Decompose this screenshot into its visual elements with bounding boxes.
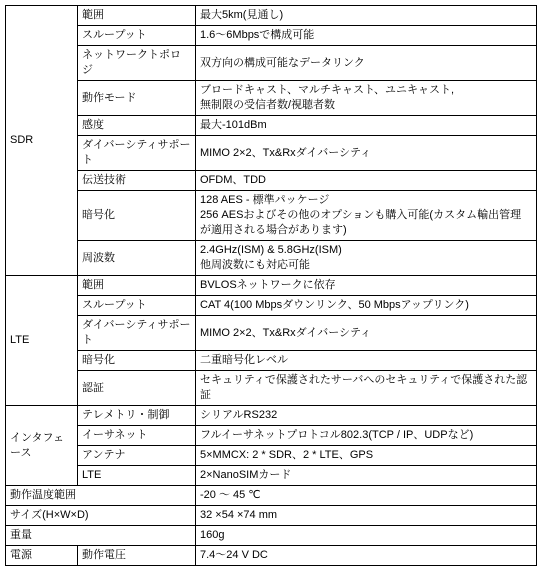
- value-cell-lte-range: BVLOSネットワークに依存: [196, 276, 537, 296]
- table-row: スループット 1.6～6Mbpsで構成可能: [6, 26, 537, 46]
- value-cell-sdr-diversity: MIMO 2×2、Tx&Rxダイバーシティ: [196, 136, 537, 171]
- table-row: ダイバーシティサポート MIMO 2×2、Tx&Rxダイバーシティ: [6, 136, 537, 171]
- label-cell-lte-range: 範囲: [78, 276, 196, 296]
- value-cell-sdr-range: 最大5km(見通し): [196, 6, 537, 26]
- value-cell-lte-auth: セキュリティで保護されたサーバへのセキュリティで保護された認証: [196, 371, 537, 406]
- label-cell-if-antenna: アンテナ: [78, 446, 196, 466]
- table-row: インタフェース テレメトリ・制御 シリアルRS232: [6, 406, 537, 426]
- label-cell-weight: 重量: [6, 526, 196, 546]
- label-cell-power-voltage: 動作電圧: [78, 546, 196, 566]
- value-cell-lte-throughput: CAT 4(100 Mbpsダウンリンク、50 Mbpsアップリンク): [196, 296, 537, 316]
- label-cell-sdr-mode: 動作モード: [78, 81, 196, 116]
- label-cell-lte-encryption: 暗号化: [78, 351, 196, 371]
- table-row: 認証 セキュリティで保護されたサーバへのセキュリティで保護された認証: [6, 371, 537, 406]
- value-cell-sdr-mode: ブロードキャスト、マルチキャスト、ユニキャスト, 無制限の受信者数/視聴者数: [196, 81, 537, 116]
- value-cell-size: 32 ×54 ×74 mm: [196, 506, 537, 526]
- label-cell-lte-auth: 認証: [78, 371, 196, 406]
- category-cell-lte: LTE: [6, 276, 78, 406]
- label-cell-sdr-throughput: スループット: [78, 26, 196, 46]
- spec-table: SDR 範囲 最大5km(見通し) スループット 1.6～6Mbpsで構成可能 …: [5, 5, 537, 566]
- category-cell-power: 電源: [6, 546, 78, 566]
- value-cell-if-telemetry: シリアルRS232: [196, 406, 537, 426]
- table-row: スループット CAT 4(100 Mbpsダウンリンク、50 Mbpsアップリン…: [6, 296, 537, 316]
- label-cell-lte-throughput: スループット: [78, 296, 196, 316]
- label-cell-if-lte: LTE: [78, 466, 196, 486]
- label-cell-sdr-topology: ネットワークトポロジ: [78, 46, 196, 81]
- label-cell-if-telemetry: テレメトリ・制御: [78, 406, 196, 426]
- value-cell-lte-encryption: 二重暗号化レベル: [196, 351, 537, 371]
- table-row: LTE 2×NanoSIMカード: [6, 466, 537, 486]
- table-row: イーサネット フルイーサネットプロトコル802.3(TCP / IP、UDPなど…: [6, 426, 537, 446]
- label-cell-lte-diversity: ダイバーシティサポート: [78, 316, 196, 351]
- value-cell-power-voltage: 7.4～24 V DC: [196, 546, 537, 566]
- table-row: 動作温度範囲 -20 ～ 45 ℃: [6, 486, 537, 506]
- table-row: サイズ(H×W×D) 32 ×54 ×74 mm: [6, 506, 537, 526]
- value-cell-sdr-throughput: 1.6～6Mbpsで構成可能: [196, 26, 537, 46]
- value-cell-sdr-frequency: 2.4GHz(ISM) & 5.8GHz(ISM) 他周波数にも対応可能: [196, 241, 537, 276]
- value-cell-if-lte: 2×NanoSIMカード: [196, 466, 537, 486]
- table-row: アンテナ 5×MMCX: 2 * SDR、2 * LTE、GPS: [6, 446, 537, 466]
- category-cell-sdr: SDR: [6, 6, 78, 276]
- label-cell-sdr-frequency: 周波数: [78, 241, 196, 276]
- label-cell-sdr-range: 範囲: [78, 6, 196, 26]
- label-cell-sdr-transmission: 伝送技術: [78, 171, 196, 191]
- value-cell-sdr-sensitivity: 最大-101dBm: [196, 116, 537, 136]
- table-row: SDR 範囲 最大5km(見通し): [6, 6, 537, 26]
- label-cell-temp-range: 動作温度範囲: [6, 486, 196, 506]
- value-cell-weight: 160g: [196, 526, 537, 546]
- table-row: 動作モード ブロードキャスト、マルチキャスト、ユニキャスト, 無制限の受信者数/…: [6, 81, 537, 116]
- table-row: 電源 動作電圧 7.4～24 V DC: [6, 546, 537, 566]
- table-row: 重量 160g: [6, 526, 537, 546]
- value-cell-lte-diversity: MIMO 2×2、Tx&Rxダイバーシティ: [196, 316, 537, 351]
- table-row: ダイバーシティサポート MIMO 2×2、Tx&Rxダイバーシティ: [6, 316, 537, 351]
- value-cell-if-antenna: 5×MMCX: 2 * SDR、2 * LTE、GPS: [196, 446, 537, 466]
- category-cell-interface: インタフェース: [6, 406, 78, 486]
- table-row: 暗号化 128 AES - 標準パッケージ 256 AESおよびその他のオプショ…: [6, 191, 537, 241]
- table-row: 暗号化 二重暗号化レベル: [6, 351, 537, 371]
- label-cell-if-ethernet: イーサネット: [78, 426, 196, 446]
- label-cell-sdr-sensitivity: 感度: [78, 116, 196, 136]
- label-cell-sdr-encryption: 暗号化: [78, 191, 196, 241]
- value-cell-sdr-topology: 双方向の構成可能なデータリンク: [196, 46, 537, 81]
- value-cell-sdr-encryption: 128 AES - 標準パッケージ 256 AESおよびその他のオプションも購入…: [196, 191, 537, 241]
- value-cell-sdr-transmission: OFDM、TDD: [196, 171, 537, 191]
- table-row: 周波数 2.4GHz(ISM) & 5.8GHz(ISM) 他周波数にも対応可能: [6, 241, 537, 276]
- label-cell-size: サイズ(H×W×D): [6, 506, 196, 526]
- table-row: ネットワークトポロジ 双方向の構成可能なデータリンク: [6, 46, 537, 81]
- table-row: 感度 最大-101dBm: [6, 116, 537, 136]
- label-cell-sdr-diversity: ダイバーシティサポート: [78, 136, 196, 171]
- table-row: 伝送技術 OFDM、TDD: [6, 171, 537, 191]
- value-cell-if-ethernet: フルイーサネットプロトコル802.3(TCP / IP、UDPなど): [196, 426, 537, 446]
- table-row: LTE 範囲 BVLOSネットワークに依存: [6, 276, 537, 296]
- value-cell-temp-range: -20 ～ 45 ℃: [196, 486, 537, 506]
